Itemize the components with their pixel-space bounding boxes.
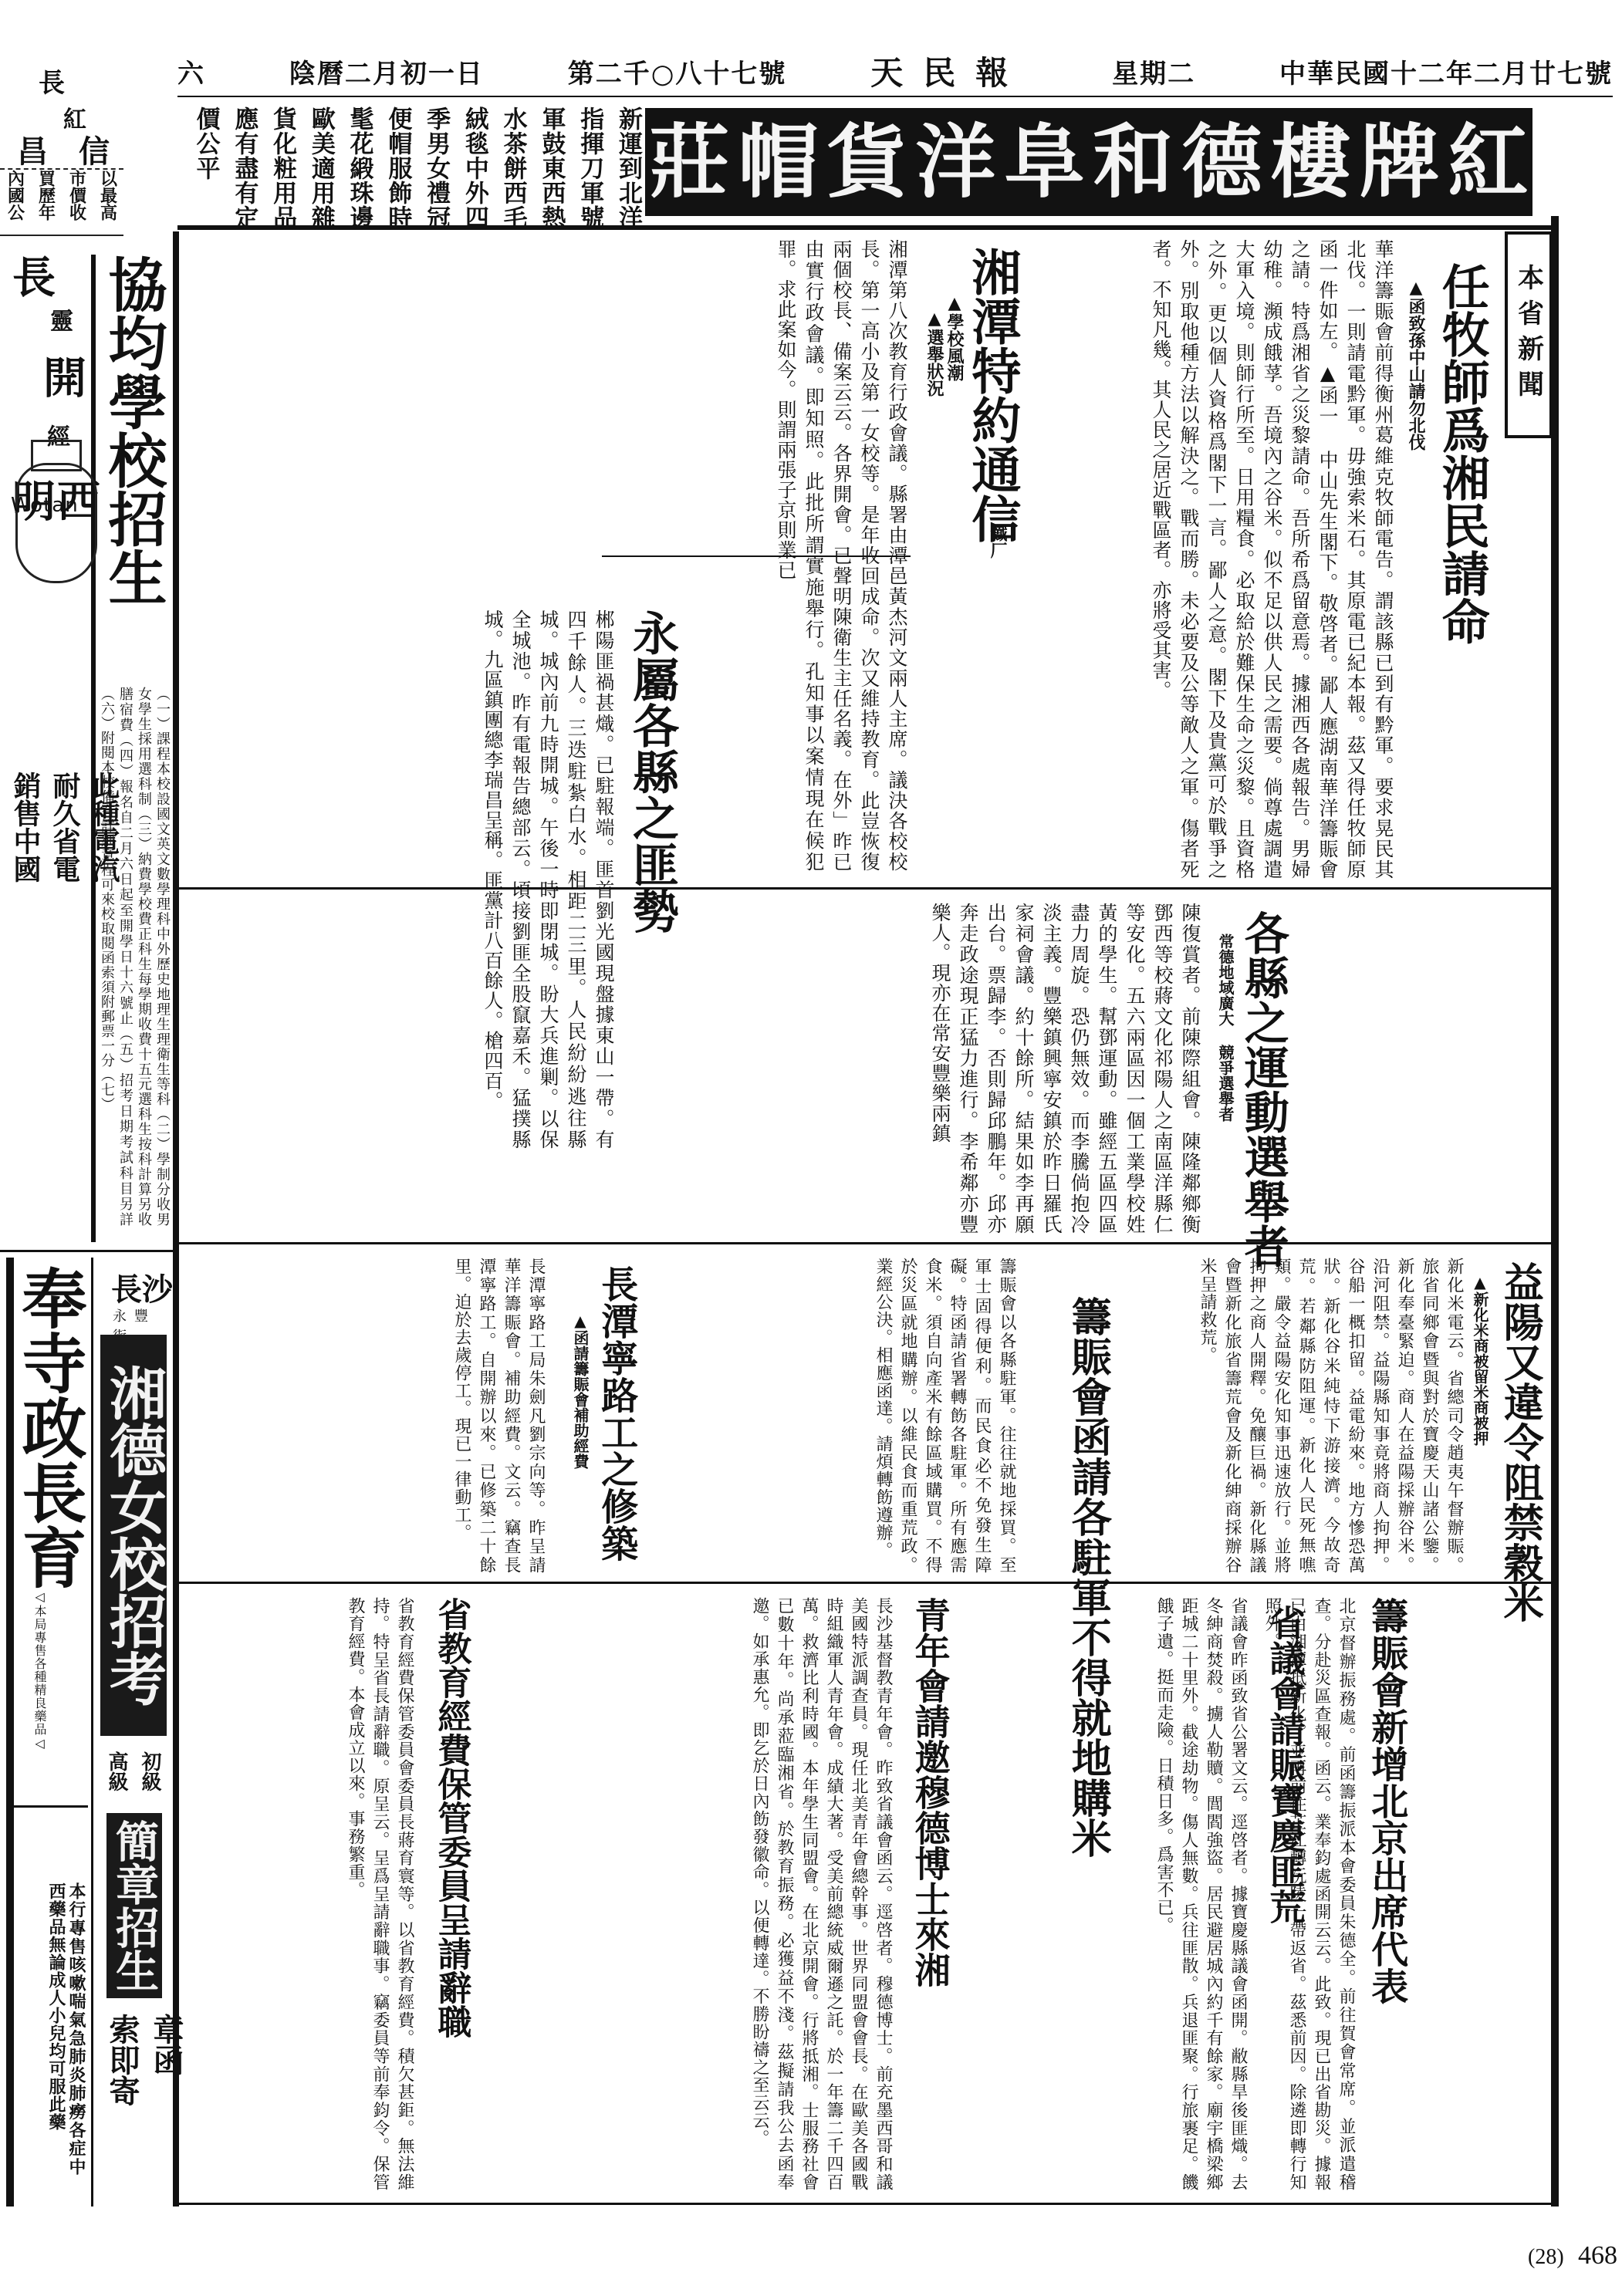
banner-char: 莊 — [649, 122, 729, 202]
masthead-date: 中華民國十二年二月廿七號 — [1279, 52, 1613, 90]
article-body: 籌賑會以各縣駐軍。往往就地採買。至軍士固得便利。而民食必不免發生障礙。特函請省署… — [779, 1258, 1019, 1574]
banner-ad-list: 新運到北洋 指揮刀軍號 軍鼓東西熱 水茶餅西毛 絨毯中外四 季男女禮冠 便帽服飾… — [193, 106, 640, 230]
ad-list-line: 絨毯中外四 — [461, 106, 487, 230]
banner-ad-title: 紅 牌 樓 德 和 阜 洋 貨 帽 莊 — [645, 108, 1532, 216]
ad-medicine: 本行專售咳嗽喘氣急肺炎肺癆各症中西藥品無論成人小兒均可服此藥 — [15, 1882, 86, 2176]
ad-footer-line: 章函 — [144, 2014, 188, 2183]
page-number: 468 — [1578, 2241, 1617, 2271]
banner-rule — [177, 225, 1551, 230]
article-subheading: ▲新化米商被留米商被押 — [1469, 1273, 1492, 1446]
article-body: 陳復賞者。前陳際組會。陳隆鄰鄉衡鄧西等校蔣文化祁陽人之南區洋縣仁等安化。五六兩區… — [185, 903, 1204, 1234]
banner-char: 貨 — [826, 122, 907, 202]
ad-grade: 高級 — [103, 1751, 131, 1805]
row-rule — [179, 1242, 1551, 1244]
article-headline: 省議會請賑寶慶匪荒 — [1265, 1605, 1305, 1924]
masthead-rule — [177, 96, 1613, 97]
ad-list-line: 指揮刀軍號 — [577, 106, 603, 230]
banner-char: 帽 — [738, 122, 818, 202]
article-body: 省議會昨函致省公署文云。逕啓者。據寶慶縣議會函開。敝縣旱後匪熾。去冬紳商焚殺。擄… — [1003, 1597, 1250, 2191]
article-headline: 各縣之運動選舉者 — [1238, 910, 1287, 1268]
banner-char: 德 — [1181, 122, 1262, 202]
ad-list-line: 價公平 — [193, 106, 218, 230]
ad-girls-school-title: 湘德女校招考 — [100, 1335, 167, 1736]
ad-lamp-word: 靈 — [42, 309, 76, 332]
ad-brand-char: 信 — [79, 127, 110, 171]
section-label: 本省新聞 — [1505, 231, 1553, 438]
ad-line: 買歷年 — [35, 170, 59, 235]
ad-wotan-lamp: 長 靈 開 經 明 西 — [0, 255, 91, 1250]
ad-list-line: 新運到北洋 — [615, 106, 640, 230]
ad-line: 市價收 — [66, 170, 90, 235]
ad-rule — [0, 1250, 173, 1252]
article-body: 長潭寧路工局朱劍凡劉宗向等。昨呈請華洋籌賑會。補助經費。文云。竊查長潭寧路工。自… — [185, 1258, 548, 1574]
banner-char: 洋 — [915, 122, 995, 202]
article-headline: 任牧師爲湘民請命 — [1435, 262, 1488, 645]
masthead-lunar-date: 陰曆二月初一日 — [289, 52, 484, 90]
ad-list-line: 軍鼓東西熱 — [539, 106, 564, 230]
ad-list-line: 髦花緞珠邊 — [346, 106, 372, 230]
page-border-right — [1551, 216, 1559, 2207]
article-body: 華洋籌賑會前得衡州葛維克牧師電告。謂該縣已到有黔軍。要求晃民其北伐。一則請電黔軍… — [1080, 239, 1397, 880]
article-subheading: 常德地域廣大 競爭選舉者 — [1215, 934, 1237, 1122]
ad-school-title: 協均學校招生 — [103, 255, 162, 606]
article-headline: 益陽又違令阻禁穀米 — [1497, 1261, 1541, 1622]
ad-lamp-top: 長 — [0, 255, 62, 298]
article-subheading: ▲函致孫中山請勿北伐 — [1404, 278, 1428, 451]
article-subheading: ▲函請籌賑會補助經費 — [569, 1312, 592, 1469]
article-byline: 鐵厂 — [986, 525, 1010, 559]
ad-girls-school-subtitle: 簡章招生 — [106, 1813, 162, 1998]
ad-xiangde-girls-school: 長沙 永豐街 湘德女校招考 初級 高級 簡章招生 章函 索即寄 — [96, 1258, 173, 2207]
paper-name: 天民報 — [870, 48, 1028, 94]
banner-char: 樓 — [1270, 122, 1350, 202]
ad-list-line: 水茶餅西毛 — [500, 106, 525, 230]
article-body: 新化米電云。省總司令趙夷午督辦賑。旅省同鄉會暨與對於寶慶天山諸公鑒。新化奉臺緊迫… — [1111, 1258, 1466, 1574]
article-headline: 湘潭特約通信 — [965, 247, 1019, 543]
banner-char: 和 — [1093, 122, 1173, 202]
article-body: 長沙基督教青年會。昨致省議會函云。逕啓者。穆德博士。前充墨西哥和議美國特派調查員… — [556, 1597, 895, 2191]
page-marker: (28) — [1528, 2245, 1564, 2270]
ad-brand-char: 昌 — [17, 127, 48, 171]
banner-char: 牌 — [1359, 122, 1439, 202]
ad-grade: 初級 — [136, 1751, 164, 1805]
article-headline: 永屬各縣之匪勢 — [627, 609, 678, 934]
ad-brand-char: 長 — [39, 62, 65, 100]
ad-column-border — [173, 231, 179, 2207]
bottom-rule — [179, 2203, 1551, 2205]
masthead-weekday: 星期二 — [1112, 52, 1195, 90]
masthead-issue: 第二千○八十七號 — [568, 52, 787, 90]
ad-lamp-word: 開 — [31, 355, 93, 398]
ad-rule — [11, 1805, 88, 1808]
ad-list-line: 便帽服飾時 — [385, 106, 411, 230]
ad-list-line: 應有盡有定 — [231, 106, 257, 230]
ad-slogan-line: 此種電汽 — [85, 772, 124, 1003]
light-bulb-icon — [15, 463, 97, 583]
row-rule — [179, 1582, 1551, 1584]
article-body: 省教育經費保管委員會委員長蔣育寰等。以省教育經費。積欠甚鉅。無法維持。特呈省長請… — [185, 1597, 417, 2191]
ad-line: 內國公 — [4, 170, 28, 235]
ad-footer-line: 索即寄 — [100, 2014, 144, 2183]
article-subheading: ▲選舉狀況 — [923, 309, 947, 397]
ad-line: 以最高 — [96, 170, 120, 235]
banner-char: 紅 — [1448, 122, 1528, 202]
masthead: 中華民國十二年二月廿七號 星期二 天民報 第二千○八十七號 陰曆二月初一日 六 — [177, 48, 1613, 94]
ad-temple-title: 奉寺政長育 — [17, 1265, 82, 1589]
ad-changhong-xinchang: 長 紅 昌 信 以最高 市價收 買歷年 內國公 — [0, 54, 131, 239]
article-headline: 省教育經費保管委員呈請辭職 — [432, 1597, 469, 2038]
banner-char: 阜 — [1004, 122, 1084, 202]
ad-lamp-slogan: 此種電汽 耐久省電 銷售中國 — [6, 772, 93, 1003]
ad-slogan-line: 銷售中國 — [6, 772, 46, 1003]
ad-slogan-line: 耐久省電 — [46, 772, 85, 1003]
article-headline: 籌賑會新增北京出席代表 — [1366, 1597, 1407, 2004]
column-rule — [602, 555, 911, 557]
ad-list-line: 貨化粧用品 — [270, 106, 296, 230]
article-headline: 青年會請邀穆德博士來湘 — [911, 1597, 950, 1987]
ad-lamp-brand: Wotan — [11, 494, 79, 517]
masthead-sheet: 六 — [177, 52, 205, 90]
ad-list-line: 季男女禮冠 — [424, 106, 449, 230]
ad-xiejun-school: 協均學校招生 （一）課程本校設國文英文數學理科中外歷史地理生理衛生等科（二）學制… — [96, 255, 173, 1242]
ad-temple-note: ◁本局專售各種精良藥品◁ — [15, 1589, 46, 1790]
ad-divider — [91, 1258, 93, 2207]
article-headline: 長潭寧路工之修築 — [596, 1265, 637, 1562]
ad-list-line: 歐美適用雜 — [308, 106, 333, 230]
ad-location: 長沙 — [111, 1265, 173, 1309]
